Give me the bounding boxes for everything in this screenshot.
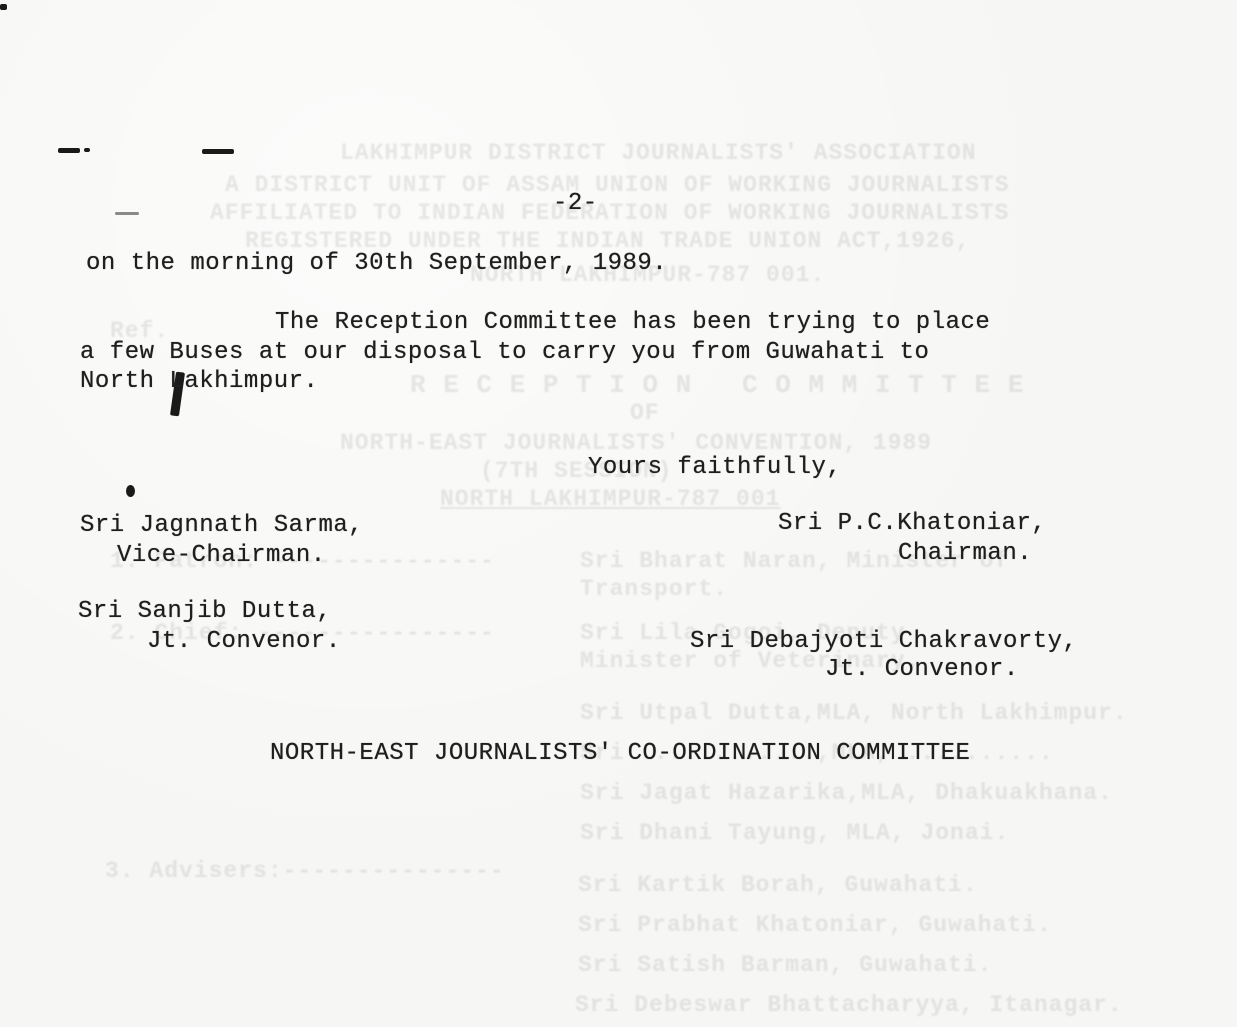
- ink-mark: [202, 149, 234, 154]
- bleed-through-line: R E C E P T I O N C O M M I T T E E: [410, 370, 1024, 400]
- bleed-through-line: LAKHIMPUR DISTRICT JOURNALISTS' ASSOCIAT…: [340, 140, 977, 166]
- signatory-name-jt-convenor-1: Sri Sanjib Dutta,: [78, 598, 331, 625]
- ink-mark: [0, 4, 7, 10]
- signatory-name-jt-convenor-2: Sri Debajyoti Chakravorty,: [690, 628, 1077, 655]
- bleed-through-line: Sri Prabhat Khatoniar, Guwahati.: [578, 912, 1052, 938]
- page-number: -2-: [553, 190, 598, 217]
- signatory-title-chairman: Chairman.: [898, 540, 1032, 567]
- bleed-through-line: Sri Kartik Borah, Guwahati.: [578, 872, 978, 898]
- ink-mark: [126, 485, 135, 497]
- bleed-through-line: OF: [630, 400, 660, 426]
- paragraph-line-3: North Lakhimpur.: [80, 368, 318, 395]
- bleed-through-line: Sri Satish Barman, Guwahati.: [578, 952, 992, 978]
- bleed-through-line: Sri Dhani Tayung, MLA, Jonai.: [580, 820, 1009, 846]
- bleed-through-line: Transport.: [580, 576, 728, 602]
- paragraph-line-1: The Reception Committee has been trying …: [275, 309, 990, 336]
- bleed-through-label: 3. Advisers:---------------: [105, 858, 505, 884]
- bleed-through-line: NORTH-EAST JOURNALISTS' CONVENTION, 1989: [340, 430, 932, 456]
- signatory-name-vice-chairman: Sri Jagnnath Sarma,: [80, 512, 363, 539]
- signatory-title-vice-chairman: Vice-Chairman.: [117, 542, 326, 569]
- bleed-through-line: NORTH LAKHIMPUR-787 001: [440, 486, 780, 512]
- closing-salutation: Yours faithfully,: [588, 454, 841, 481]
- ink-mark: [84, 148, 90, 152]
- organization-name: NORTH-EAST JOURNALISTS' CO-ORDINATION CO…: [270, 740, 970, 767]
- bleed-through-line: Sri Debeswar Bhattacharyya, Itanagar.: [575, 992, 1123, 1018]
- bleed-through-line: AFFILIATED TO INDIAN FEDERATION OF WORKI…: [210, 200, 1009, 226]
- signatory-name-chairman: Sri P.C.Khatoniar,: [778, 510, 1046, 537]
- bleed-through-line: A DISTRICT UNIT OF ASSAM UNION OF WORKIN…: [225, 172, 1010, 198]
- bleed-through-line: Sri Utpal Dutta,MLA, North Lakhimpur.: [580, 700, 1128, 726]
- signatory-title-jt-convenor-2: Jt. Convenor.: [825, 656, 1019, 683]
- bleed-through-line: Sri Jagat Hazarika,MLA, Dhakuakhana.: [580, 780, 1113, 806]
- paragraph-line-2: a few Buses at our disposal to carry you…: [80, 339, 929, 366]
- ink-mark: [115, 212, 139, 215]
- opening-line: on the morning of 30th September, 1989.: [86, 250, 667, 277]
- document-page: LAKHIMPUR DISTRICT JOURNALISTS' ASSOCIAT…: [0, 0, 1237, 1027]
- ink-mark: [58, 148, 80, 153]
- signatory-title-jt-convenor-1: Jt. Convenor.: [147, 628, 341, 655]
